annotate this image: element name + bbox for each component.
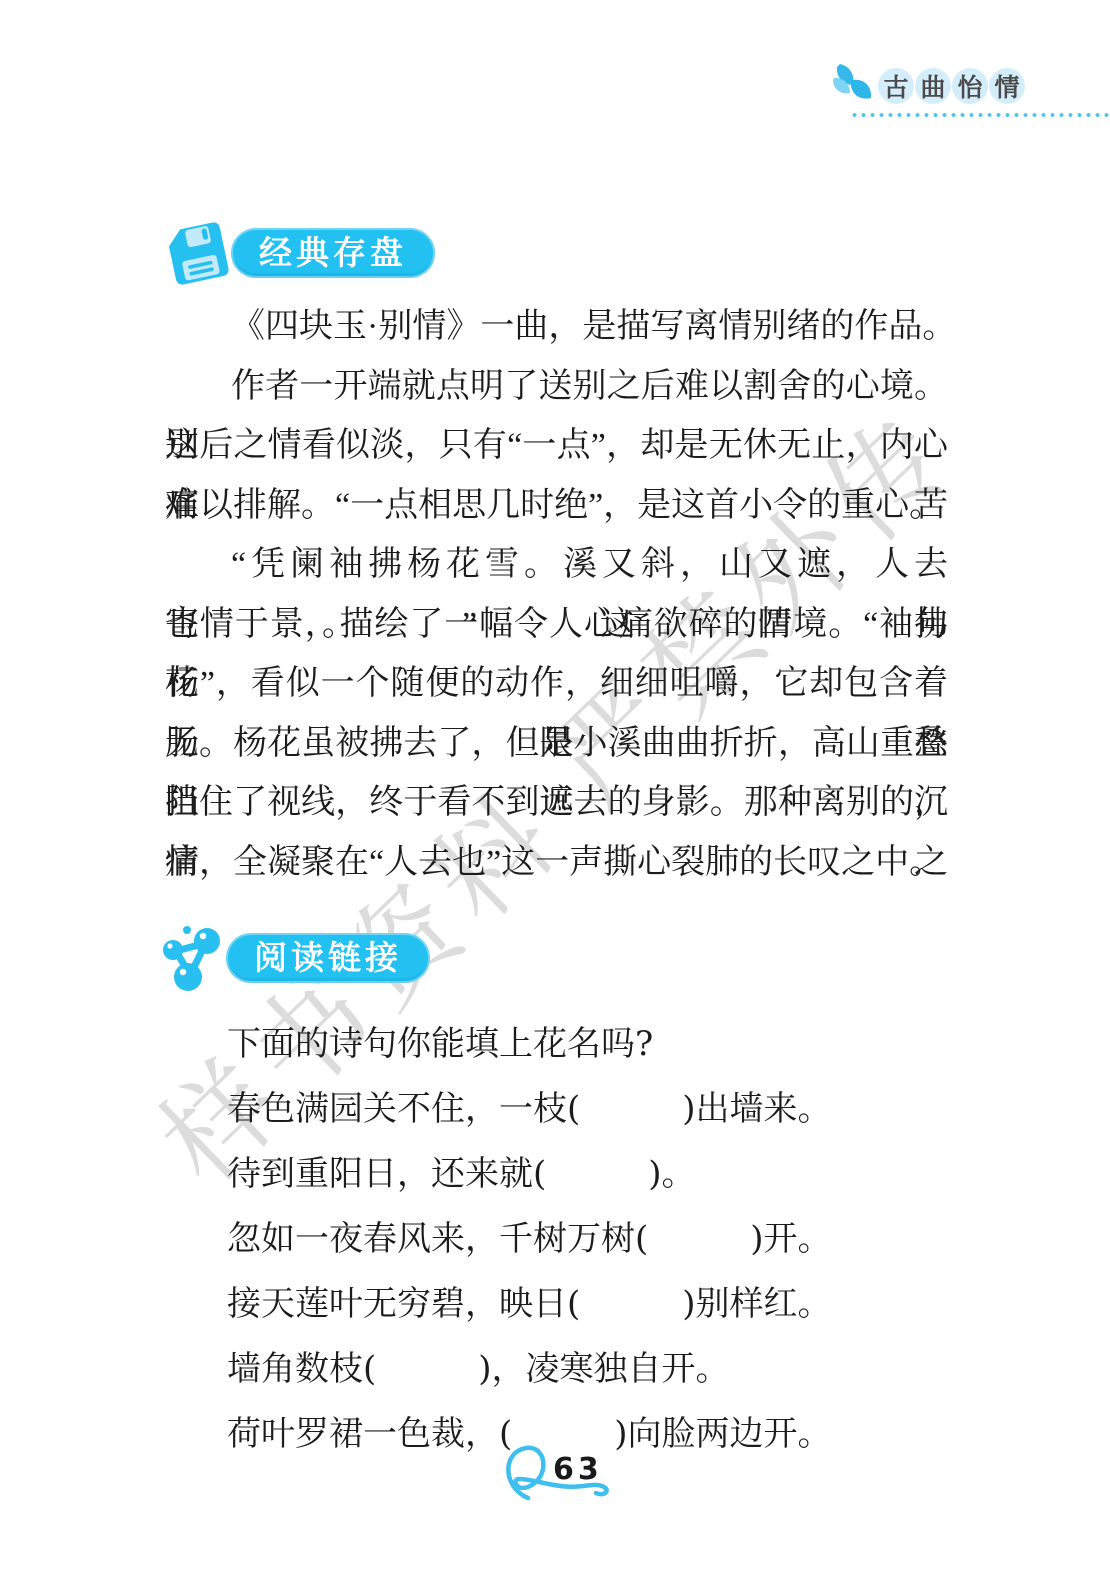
reading-question: 忽如一夜春风来，千树万树( )开。 [165,1207,965,1272]
body-line: 难以排解。“一点相思几时绝”，是这首小令的重心。 [165,476,948,536]
section-title: 古曲怡情 [878,68,1026,104]
body-line: 别后之情看似淡，只有“一点”，却是无休无止，内心痛苦 [165,416,948,476]
floppy-disk-icon [159,214,238,294]
reading-question: 墙角数枝( )，凌寒独自开。 [165,1337,965,1402]
body-line: 作者一开端就点明了送别之后难以割舍的心境。这 [165,357,948,417]
body-line: 挡住了视线，终于看不到远去的身影。那种离别的沉痛之 [165,773,948,833]
body-line: 寄情于景，描绘了一幅令人心痛欲碎的情境。“袖拂杨 [165,595,948,655]
book-page: 样书资料 严禁外传 古曲怡情 经典存盘 《四块玉·别情》一曲，是描写离情别绪的作… [0,0,1110,1571]
body-line: 情，全凝聚在“人去也”这一声撕心裂肺的长叹之中。 [165,833,948,893]
title-char: 情 [989,68,1025,104]
body-line: 《四块玉·别情》一曲，是描写离情别绪的作品。 [165,297,948,357]
leaf-icon [830,62,876,114]
reading-question: 待到重阳日，还来就( )。 [165,1142,965,1207]
reading-question: 春色满园关不住，一枝( )出墙来。 [165,1077,965,1142]
molecule-icon [160,925,226,993]
body-line: “凭阑袖拂杨花雪。溪又斜，山又遮，人去也。”这四句 [165,535,948,595]
title-char: 怡 [952,68,988,104]
classic-body: 《四块玉·别情》一曲，是描写离情别绪的作品。 作者一开端就点明了送别之后难以割舍… [165,297,948,892]
page-footer: 63 [0,1436,1110,1516]
dotted-divider [850,112,1110,118]
reading-question: 接天莲叶无穷碧，映日( )别样红。 [165,1272,965,1337]
page-number: 63 [553,1452,603,1487]
title-char: 曲 [915,68,951,104]
reading-intro: 下面的诗句你能填上花名吗? [165,1012,965,1077]
body-line: 肠。杨花虽被拂去了，但是小溪曲曲折折，高山重叠阻遮， [165,714,948,774]
classic-badge: 经典存盘 [231,228,435,278]
title-char: 古 [878,68,914,104]
reading-body: 下面的诗句你能填上花名吗? 春色满园关不住，一枝( )出墙来。 待到重阳日，还来… [165,1012,965,1467]
body-line: 花”，看似一个随便的动作，细细咀嚼，它却包含着无限愁 [165,654,948,714]
reading-badge: 阅读链接 [226,933,430,983]
